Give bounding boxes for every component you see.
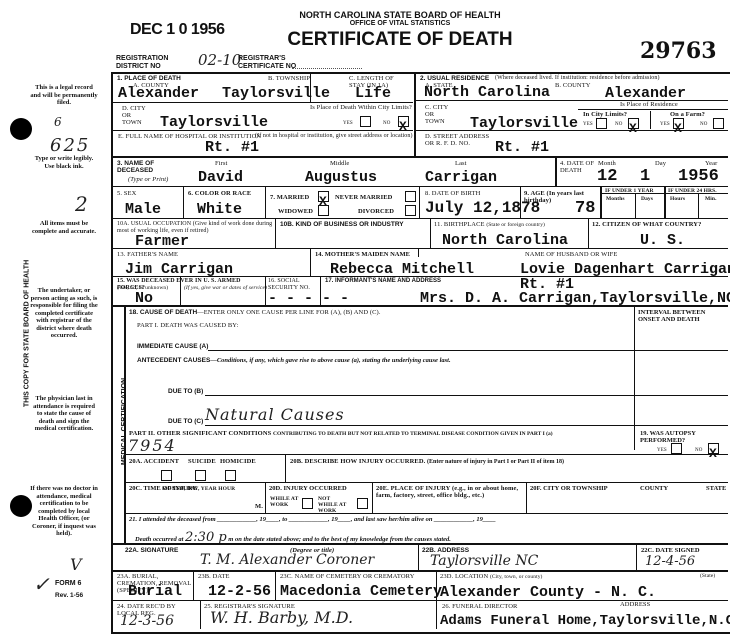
usual-residence-label: 2. USUAL RESIDENCE bbox=[420, 75, 489, 82]
registration-district-label: REGISTRATION DISTRICT NO bbox=[116, 55, 186, 70]
divorced-checkbox[interactable] bbox=[405, 205, 416, 216]
widowed-checkbox[interactable] bbox=[318, 205, 329, 216]
death-month: 12 bbox=[597, 169, 617, 184]
burial-date-label: 23b. DATE bbox=[198, 573, 230, 580]
city-township-label: 20f. CITY OR TOWNSHIP bbox=[530, 485, 608, 492]
middle-name: Augustus bbox=[305, 170, 377, 185]
birthplace-value: North Carolina bbox=[442, 233, 568, 248]
occupation-value: Farmer bbox=[135, 234, 189, 249]
township-label: b. TOWNSHIP bbox=[268, 75, 310, 82]
margin-handwriting: 2 bbox=[75, 192, 88, 216]
burial-method: Burial bbox=[128, 584, 182, 599]
signature-label: 22a. SIGNATURE bbox=[125, 547, 178, 554]
residence-county-label: b. COUNTY bbox=[555, 82, 591, 89]
autopsy-yes-checkbox[interactable] bbox=[671, 443, 682, 454]
mother-label: 14. MOTHER'S MAIDEN NAME bbox=[315, 251, 410, 258]
type-legibly-note: Type or write legibly. Use black ink. bbox=[30, 155, 98, 170]
industry-label: 10b. KIND OF BUSINESS OR INDUSTRY bbox=[280, 221, 404, 228]
part2-label: PART II. OTHER SIGNIFICANT CONDITIONS CO… bbox=[129, 430, 553, 437]
injury-occurred-label: 20d. INJURY OCCURRED bbox=[269, 485, 347, 492]
certifier-address: Taylorsville NC bbox=[430, 553, 538, 569]
part2-code: 7954 bbox=[128, 436, 177, 455]
length-of-stay: Life bbox=[355, 86, 391, 101]
punch-hole bbox=[10, 495, 32, 517]
place-of-injury-label: 20e. PLACE OF INJURY (e.g., in or about … bbox=[376, 485, 521, 499]
margin-handwriting: 6 bbox=[54, 115, 62, 129]
sex-value: Male bbox=[125, 202, 161, 217]
burial-date: 12-2-56 bbox=[208, 584, 271, 599]
interval-label: INTERVAL BETWEEN ONSET AND DEATH bbox=[638, 309, 728, 323]
date-signed: 12-4-56 bbox=[645, 554, 695, 569]
registrar-certificate-line bbox=[292, 68, 362, 69]
citizen-value: U. S. bbox=[640, 233, 685, 248]
married-checkbox[interactable]: X bbox=[318, 191, 329, 202]
place-of-death-label: 1. PLACE OF DEATH bbox=[117, 75, 181, 82]
citizen-label: 12. CITIZEN OF WHAT COUNTRY? bbox=[592, 221, 701, 228]
injury-state-label: STATE bbox=[706, 485, 726, 492]
death-day: 1 bbox=[640, 169, 650, 184]
registration-district-value: 02-10 bbox=[198, 51, 241, 69]
sex-label: 5. SEX bbox=[117, 190, 136, 197]
received-date-stamp: DEC 1 0 1956 bbox=[130, 21, 225, 39]
death-county: Alexander bbox=[118, 86, 199, 101]
due-to-c-label: DUE TO (c) bbox=[168, 418, 203, 425]
race-label: 6. COLOR OR RACE bbox=[188, 190, 251, 197]
mother-name: Rebecca Mitchell bbox=[330, 262, 474, 277]
father-name: Jim Carrigan bbox=[125, 262, 233, 277]
death-city: Taylorsville bbox=[160, 115, 268, 130]
informant-label: 17. INFORMANT'S NAME AND ADDRESS bbox=[325, 278, 441, 285]
residence-street: Rt. #1 bbox=[495, 140, 549, 155]
place-of-residence-label: Is Place of Residence bbox=[620, 101, 678, 108]
armed-forces-value: No bbox=[135, 291, 153, 306]
attended-statement: 21. I attended the deceased from _______… bbox=[129, 516, 496, 523]
institution-hint: (If not in hospital or institution, give… bbox=[255, 133, 413, 140]
registrar-certificate-label: REGISTRAR'S CERTIFICATE NO bbox=[238, 55, 298, 70]
accident-label: 20a. ACCIDENT bbox=[129, 458, 179, 465]
burial-location-label: 23d. LOCATION (City, town, or county) bbox=[440, 573, 543, 581]
not-while-at-work-checkbox[interactable] bbox=[357, 498, 368, 509]
name-hint: (Type or Print) bbox=[128, 176, 168, 183]
certifier-signature: T. M. Alexander Coroner bbox=[200, 552, 374, 568]
residence-city-label: c. CITY OR TOWN bbox=[425, 104, 455, 125]
while-at-work-checkbox[interactable] bbox=[302, 498, 313, 509]
death-year: 1956 bbox=[678, 169, 719, 184]
punch-hole bbox=[10, 118, 32, 140]
date-signed-label: 22c. DATE SIGNED bbox=[641, 547, 700, 554]
page-title: CERTIFICATE OF DEATH bbox=[250, 29, 550, 51]
margin-handwriting: V bbox=[70, 555, 82, 574]
birthplace-label: 11. BIRTHPLACE (State or foreign country… bbox=[434, 221, 545, 229]
autopsy-label: 19. WAS AUTOPSY PERFORMED? bbox=[640, 430, 720, 444]
last-name: Carrigan bbox=[425, 170, 497, 185]
spouse-label: NAME OF HUSBAND OR WIFE bbox=[525, 251, 617, 258]
ssn-value: - - - - - bbox=[268, 291, 349, 306]
within-limits-yes-checkbox[interactable] bbox=[360, 116, 371, 127]
autopsy-no-checkbox[interactable]: X bbox=[708, 443, 719, 454]
in-city-limits-label: In City Limits? bbox=[583, 111, 627, 118]
due-to-c-value: Natural Causes bbox=[205, 405, 345, 424]
cause-of-death-header: 18. CAUSE OF DEATH—ENTER ONLY ONE CAUSE … bbox=[129, 309, 381, 316]
on-farm-no-checkbox[interactable] bbox=[713, 118, 724, 129]
registrar-signature: W. H. Barby, M.D. bbox=[210, 608, 353, 627]
usual-residence-hint: (Where deceased lived. If institution: r… bbox=[495, 75, 660, 82]
suicide-checkbox[interactable] bbox=[195, 470, 206, 481]
medical-certification-vertical-label: MEDICAL CERTIFICATION bbox=[121, 354, 128, 489]
suicide-label: SUICIDE bbox=[188, 458, 216, 465]
cemetery-label: 23c. NAME OF CEMETERY OR CREMATORY bbox=[280, 573, 415, 580]
dob-label: 8. DATE OF BIRTH bbox=[425, 190, 480, 197]
date-of-death-label: 4. DATE OF DEATH bbox=[560, 160, 600, 174]
funeral-address-label: ADDRESS bbox=[620, 601, 650, 608]
residence-county: Alexander bbox=[605, 86, 686, 101]
residence-state: North Carolina bbox=[424, 85, 550, 100]
homicide-checkbox[interactable] bbox=[225, 470, 236, 481]
date-received: 12-3-56 bbox=[120, 613, 174, 629]
first-name: David bbox=[198, 170, 243, 185]
accident-checkbox[interactable] bbox=[161, 470, 172, 481]
agency-name: NORTH CAROLINA STATE BOARD OF HEALTH bbox=[250, 10, 550, 20]
immediate-cause-line[interactable] bbox=[208, 350, 728, 351]
burial-location: Alexander County - N. C. bbox=[440, 585, 656, 600]
physician-note: The physician last in attendance is requ… bbox=[30, 395, 98, 433]
office-name: OFFICE OF VITAL STATISTICS bbox=[250, 20, 550, 27]
race-value: White bbox=[197, 202, 242, 217]
on-farm-yes-checkbox[interactable]: X bbox=[673, 118, 684, 129]
city-label: d. CITY OR TOWN bbox=[122, 105, 152, 126]
never-married-checkbox[interactable] bbox=[405, 191, 416, 202]
immediate-cause-label: IMMEDIATE CAUSE (a) bbox=[137, 343, 208, 350]
checkmark-icon: ✓ bbox=[33, 572, 50, 596]
complete-accurate-note: All items must be complete and accurate. bbox=[30, 220, 98, 235]
antecedent-causes-label: ANTECEDENT CAUSES—Conditions, if any, wh… bbox=[137, 357, 451, 364]
injury-description-label: 20b. DESCRIBE HOW INJURY OCCURRED. (Ente… bbox=[290, 458, 564, 465]
due-to-c-line[interactable] bbox=[205, 425, 728, 426]
age-value: 78 bbox=[575, 201, 595, 216]
cemetery-name: Macedonia Cemetery bbox=[280, 584, 442, 599]
form-number: FORM 6 bbox=[55, 580, 81, 587]
form-revision: Rev. 1-56 bbox=[55, 592, 83, 599]
street-address-label: d. STREET ADDRESS or R. F. D. NO. bbox=[425, 133, 495, 147]
institution-name: Rt. #1 bbox=[205, 140, 259, 155]
due-to-b-label: DUE TO (b) bbox=[168, 388, 203, 395]
legal-record-note: This is a legal record and will be perma… bbox=[30, 84, 98, 107]
undertaker-note: The undertaker, or person acting as such… bbox=[30, 287, 98, 340]
informant-line2: Mrs. D. A. Carrigan,Taylorsville,NC bbox=[420, 291, 730, 306]
within-limits-no-checkbox[interactable]: X bbox=[398, 116, 409, 127]
funeral-director: Adams Funeral Home,Taylorsville,N.C bbox=[440, 614, 730, 629]
father-label: 13. FATHER'S NAME bbox=[117, 251, 178, 258]
certificate-number: 29763 bbox=[640, 38, 717, 64]
death-township: Taylorsville bbox=[222, 86, 330, 101]
date-of-birth: July 12,1878 bbox=[425, 201, 540, 216]
within-city-limits-label: Is Place of Death Within City Limits? bbox=[310, 104, 415, 111]
residence-city: Taylorsville bbox=[470, 116, 578, 131]
homicide-label: HOMICIDE bbox=[220, 458, 256, 465]
in-city-limits-no-checkbox[interactable]: X bbox=[628, 118, 639, 129]
part1-label: PART I. DEATH WAS CAUSED BY: bbox=[137, 322, 238, 329]
in-city-limits-yes-checkbox[interactable] bbox=[596, 118, 607, 129]
spouse-name: Lovie Dagenhart Carrigan bbox=[520, 262, 730, 277]
no-doctor-note: If there was no doctor in attendance, me… bbox=[30, 485, 98, 538]
due-to-b-line[interactable] bbox=[205, 395, 728, 396]
name-label: 3. NAME OF DECEASED bbox=[117, 160, 177, 174]
injury-county-label: COUNTY bbox=[640, 485, 668, 492]
margin-handwriting: 625 bbox=[50, 135, 90, 156]
funeral-director-label: 26. FUNERAL DIRECTOR bbox=[442, 603, 518, 610]
on-farm-label: On a Farm? bbox=[670, 111, 705, 118]
